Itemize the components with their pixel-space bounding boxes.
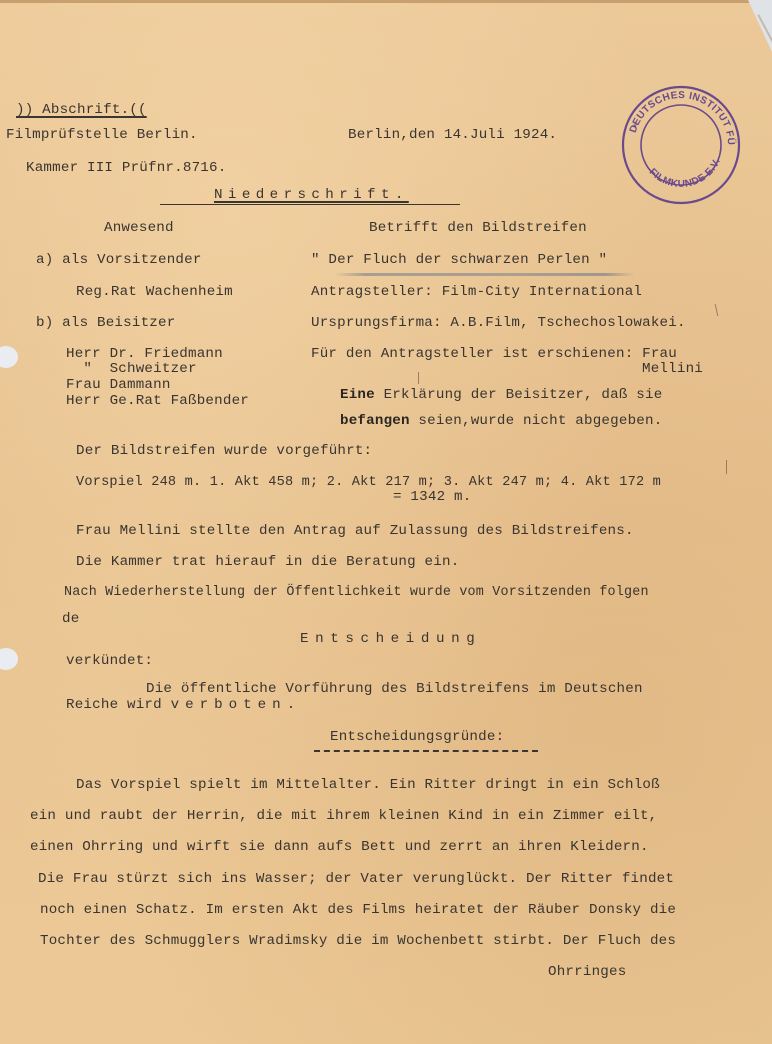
place-and-date: Berlin,den 14.Juli 1924. — [348, 128, 557, 142]
reel-lengths: Vorspiel 248 m. 1. Akt 458 m; 2. Akt 217… — [76, 476, 661, 490]
title-underline — [160, 204, 460, 205]
applicant: Antragsteller: Film-City International — [311, 285, 642, 299]
chair-name: Reg.Rat Wachenheim — [76, 285, 233, 299]
pencil-underline — [335, 273, 635, 276]
present-heading: Anwesend — [104, 221, 174, 235]
authority-name: Filmprüfstelle Berlin. — [6, 128, 198, 142]
origin-company: Ursprungsfirma: A.B.Film, Tschechoslowak… — [311, 316, 686, 330]
appeared-line-2: Mellini — [642, 362, 703, 376]
reasons-line: noch einen Schatz. Im ersten Akt des Fil… — [40, 903, 676, 917]
punch-hole-lower — [0, 648, 18, 670]
appeared-line-1: Für den Antragsteller ist erschienen: Fr… — [311, 347, 677, 361]
reasons-line: einen Ohrring und wirft sie dann aufs Be… — [30, 840, 649, 854]
deliberation-text: Die Kammer trat hierauf in die Beratung … — [76, 555, 459, 569]
folded-corner — [748, 0, 772, 52]
reasons-line: ein und raubt der Herrin, die mit ihrem … — [30, 809, 657, 823]
institute-stamp-icon: DEUTSCHES INSTITUT FÜR FILMKUNDE E.V. * — [620, 84, 742, 206]
film-title: " Der Fluch der schwarzen Perlen " — [311, 253, 607, 267]
screening-intro: Der Bildstreifen wurde vorgeführt: — [76, 444, 372, 458]
assessor-entry: Herr Dr. Friedmann — [66, 347, 223, 361]
document-page: )) Abschrift.(( Filmprüfstelle Berlin. B… — [0, 0, 772, 1044]
copy-label: )) Abschrift.(( — [16, 103, 147, 117]
restoration-line-2: de — [62, 612, 79, 626]
total-length: = 1342 m. — [393, 490, 471, 504]
reasons-heading-rule — [314, 750, 538, 752]
reasons-line: Ohrringes — [548, 965, 626, 979]
motion-text: Frau Mellini stellte den Antrag auf Zula… — [76, 524, 634, 538]
assessor-entry: Herr Ge.Rat Faßbender — [66, 394, 249, 408]
chamber-number: Kammer III Prüfnr.8716. — [26, 161, 226, 175]
chair-label: a) als Vorsitzender — [36, 253, 202, 267]
reasons-line: Das Vorspiel spielt im Mittelalter. Ein … — [76, 778, 660, 792]
punch-hole-upper — [0, 346, 18, 368]
reasons-line: Tochter des Schmugglers Wradimsky die im… — [40, 934, 676, 948]
verdict-line-1: Die öffentliche Vorführung des Bildstrei… — [146, 682, 643, 696]
svg-text:FILMKUNDE E.V.: FILMKUNDE E.V. — [647, 157, 723, 190]
verdict-line-2: Reiche wird verboten. — [66, 698, 295, 712]
pencil-mark — [726, 460, 727, 474]
page-top-edge — [0, 0, 772, 3]
assessors-label: b) als Beisitzer — [36, 316, 175, 330]
svg-text:*: * — [632, 123, 638, 135]
decision-heading: Entscheidung — [300, 632, 481, 646]
assessor-entry: Frau Dammann — [66, 378, 171, 392]
subject-heading: Betrifft den Bildstreifen — [369, 221, 587, 235]
restoration-line-1: Nach Wiederherstellung der Öffentlichkei… — [64, 586, 649, 599]
declaration-line-2: befangen seien,wurde nicht abgegeben. — [340, 414, 662, 428]
announced-text: verkündet: — [66, 654, 153, 668]
reasons-line: Die Frau stürzt sich ins Wasser; der Vat… — [38, 872, 674, 886]
document-title: Niederschrift. — [214, 188, 409, 202]
declaration-line-1: Eine Erklärung der Beisitzer, daß sie — [340, 388, 662, 402]
reasons-heading: Entscheidungsgründe: — [330, 730, 504, 744]
pencil-mark — [418, 372, 419, 384]
pencil-mark — [715, 304, 718, 316]
assessor-entry: " Schweitzer — [66, 362, 197, 376]
